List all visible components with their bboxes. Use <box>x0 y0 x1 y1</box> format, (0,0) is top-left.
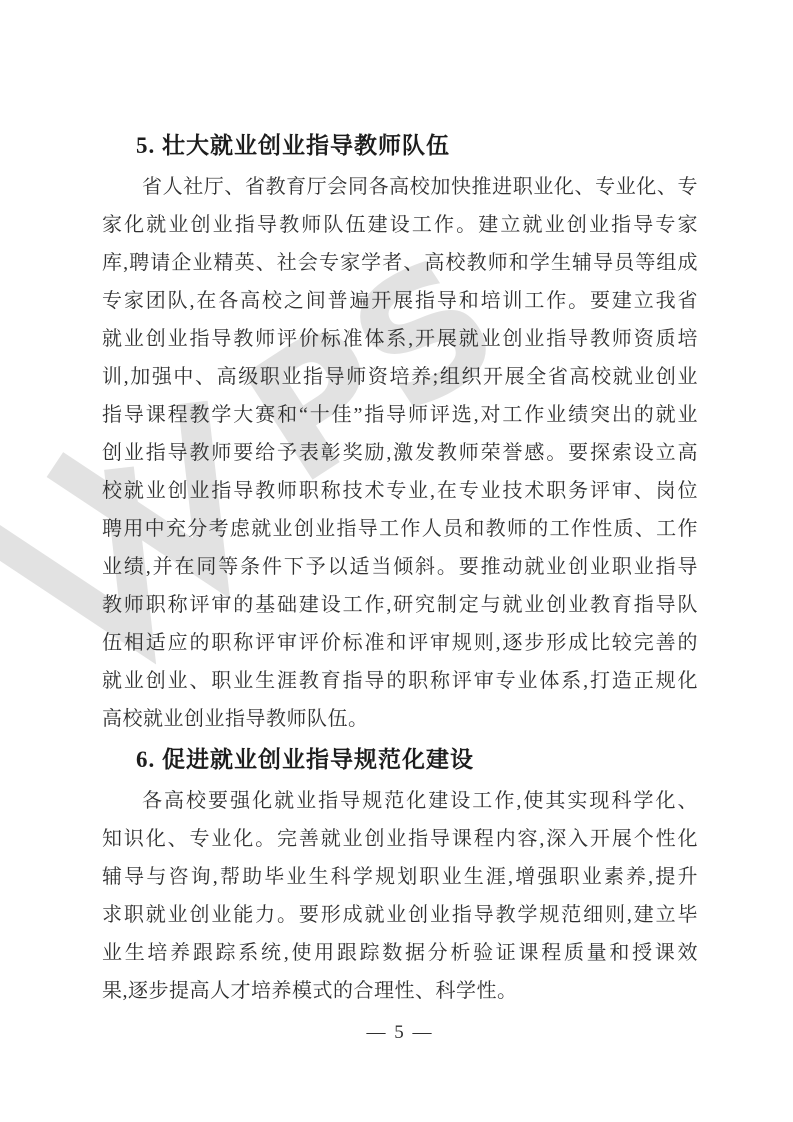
text-line: 业绩,并在同等条件下予以适当倾斜。要推动就业创业职业指导 <box>102 548 698 586</box>
text-line: 就业创业指导教师评价标准体系,开展就业创业指导教师资质培 <box>102 320 698 358</box>
text-line: 就业创业、职业生涯教育指导的职称评审专业体系,打造正规化 <box>102 662 698 700</box>
text-line: 指导课程教学大赛和“十佳”指导师评选,对工作业绩突出的就业 <box>102 396 698 434</box>
section-5-heading: 5. 壮大就业创业指导教师队伍 <box>102 124 698 168</box>
text-line: 业生培养跟踪系统,使用跟踪数据分析验证课程质量和授课效 <box>102 934 698 972</box>
text-line: 库,聘请企业精英、社会专家学者、高校教师和学生辅导员等组成 <box>102 244 698 282</box>
text-line: 辅导与咨询,帮助毕业生科学规划职业生涯,增强职业素养,提升 <box>102 858 698 896</box>
section-6-heading: 6. 促进就业创业指导规范化建设 <box>102 738 698 782</box>
text-line: 省人社厅、省教育厅会同各高校加快推进职业化、专业化、专 <box>102 168 698 206</box>
section-6-paragraph: 各高校要强化就业指导规范化建设工作,使其实现科学化、 知识化、专业化。完善就业创… <box>102 782 698 1010</box>
text-line: 聘用中充分考虑就业创业指导工作人员和教师的工作性质、工作 <box>102 510 698 548</box>
text-line: 伍相适应的职称评审评价标准和评审规则,逐步形成比较完善的 <box>102 624 698 662</box>
text-line: 求职就业创业能力。要形成就业创业指导教学规范细则,建立毕 <box>102 896 698 934</box>
text-line: 知识化、专业化。完善就业创业指导课程内容,深入开展个性化 <box>102 820 698 858</box>
section-5-paragraph: 省人社厅、省教育厅会同各高校加快推进职业化、专业化、专 家化就业创业指导教师队伍… <box>102 168 698 738</box>
text-line: 高校就业创业指导教师队伍。 <box>102 700 698 738</box>
document-page: PS 5. 壮大就业创业指导教师队伍 省人社厅、省教育厅会同各高校加快推进职业化… <box>0 0 793 1122</box>
text-line: 各高校要强化就业指导规范化建设工作,使其实现科学化、 <box>102 782 698 820</box>
text-line: 创业指导教师要给予表彰奖励,激发教师荣誉感。要探索设立高 <box>102 434 698 472</box>
text-line: 教师职称评审的基础建设工作,研究制定与就业创业教育指导队 <box>102 586 698 624</box>
page-number-footer: — 5 — <box>102 1018 698 1048</box>
document-content: 5. 壮大就业创业指导教师队伍 省人社厅、省教育厅会同各高校加快推进职业化、专业… <box>102 124 698 1048</box>
text-line: 专家团队,在各高校之间普遍开展指导和培训工作。要建立我省 <box>102 282 698 320</box>
text-line: 家化就业创业指导教师队伍建设工作。建立就业创业指导专家 <box>102 206 698 244</box>
text-line: 训,加强中、高级职业指导师资培养;组织开展全省高校就业创业 <box>102 358 698 396</box>
text-line: 果,逐步提高人才培养模式的合理性、科学性。 <box>102 972 698 1010</box>
text-line: 校就业创业指导教师职称技术专业,在专业技术职务评审、岗位 <box>102 472 698 510</box>
